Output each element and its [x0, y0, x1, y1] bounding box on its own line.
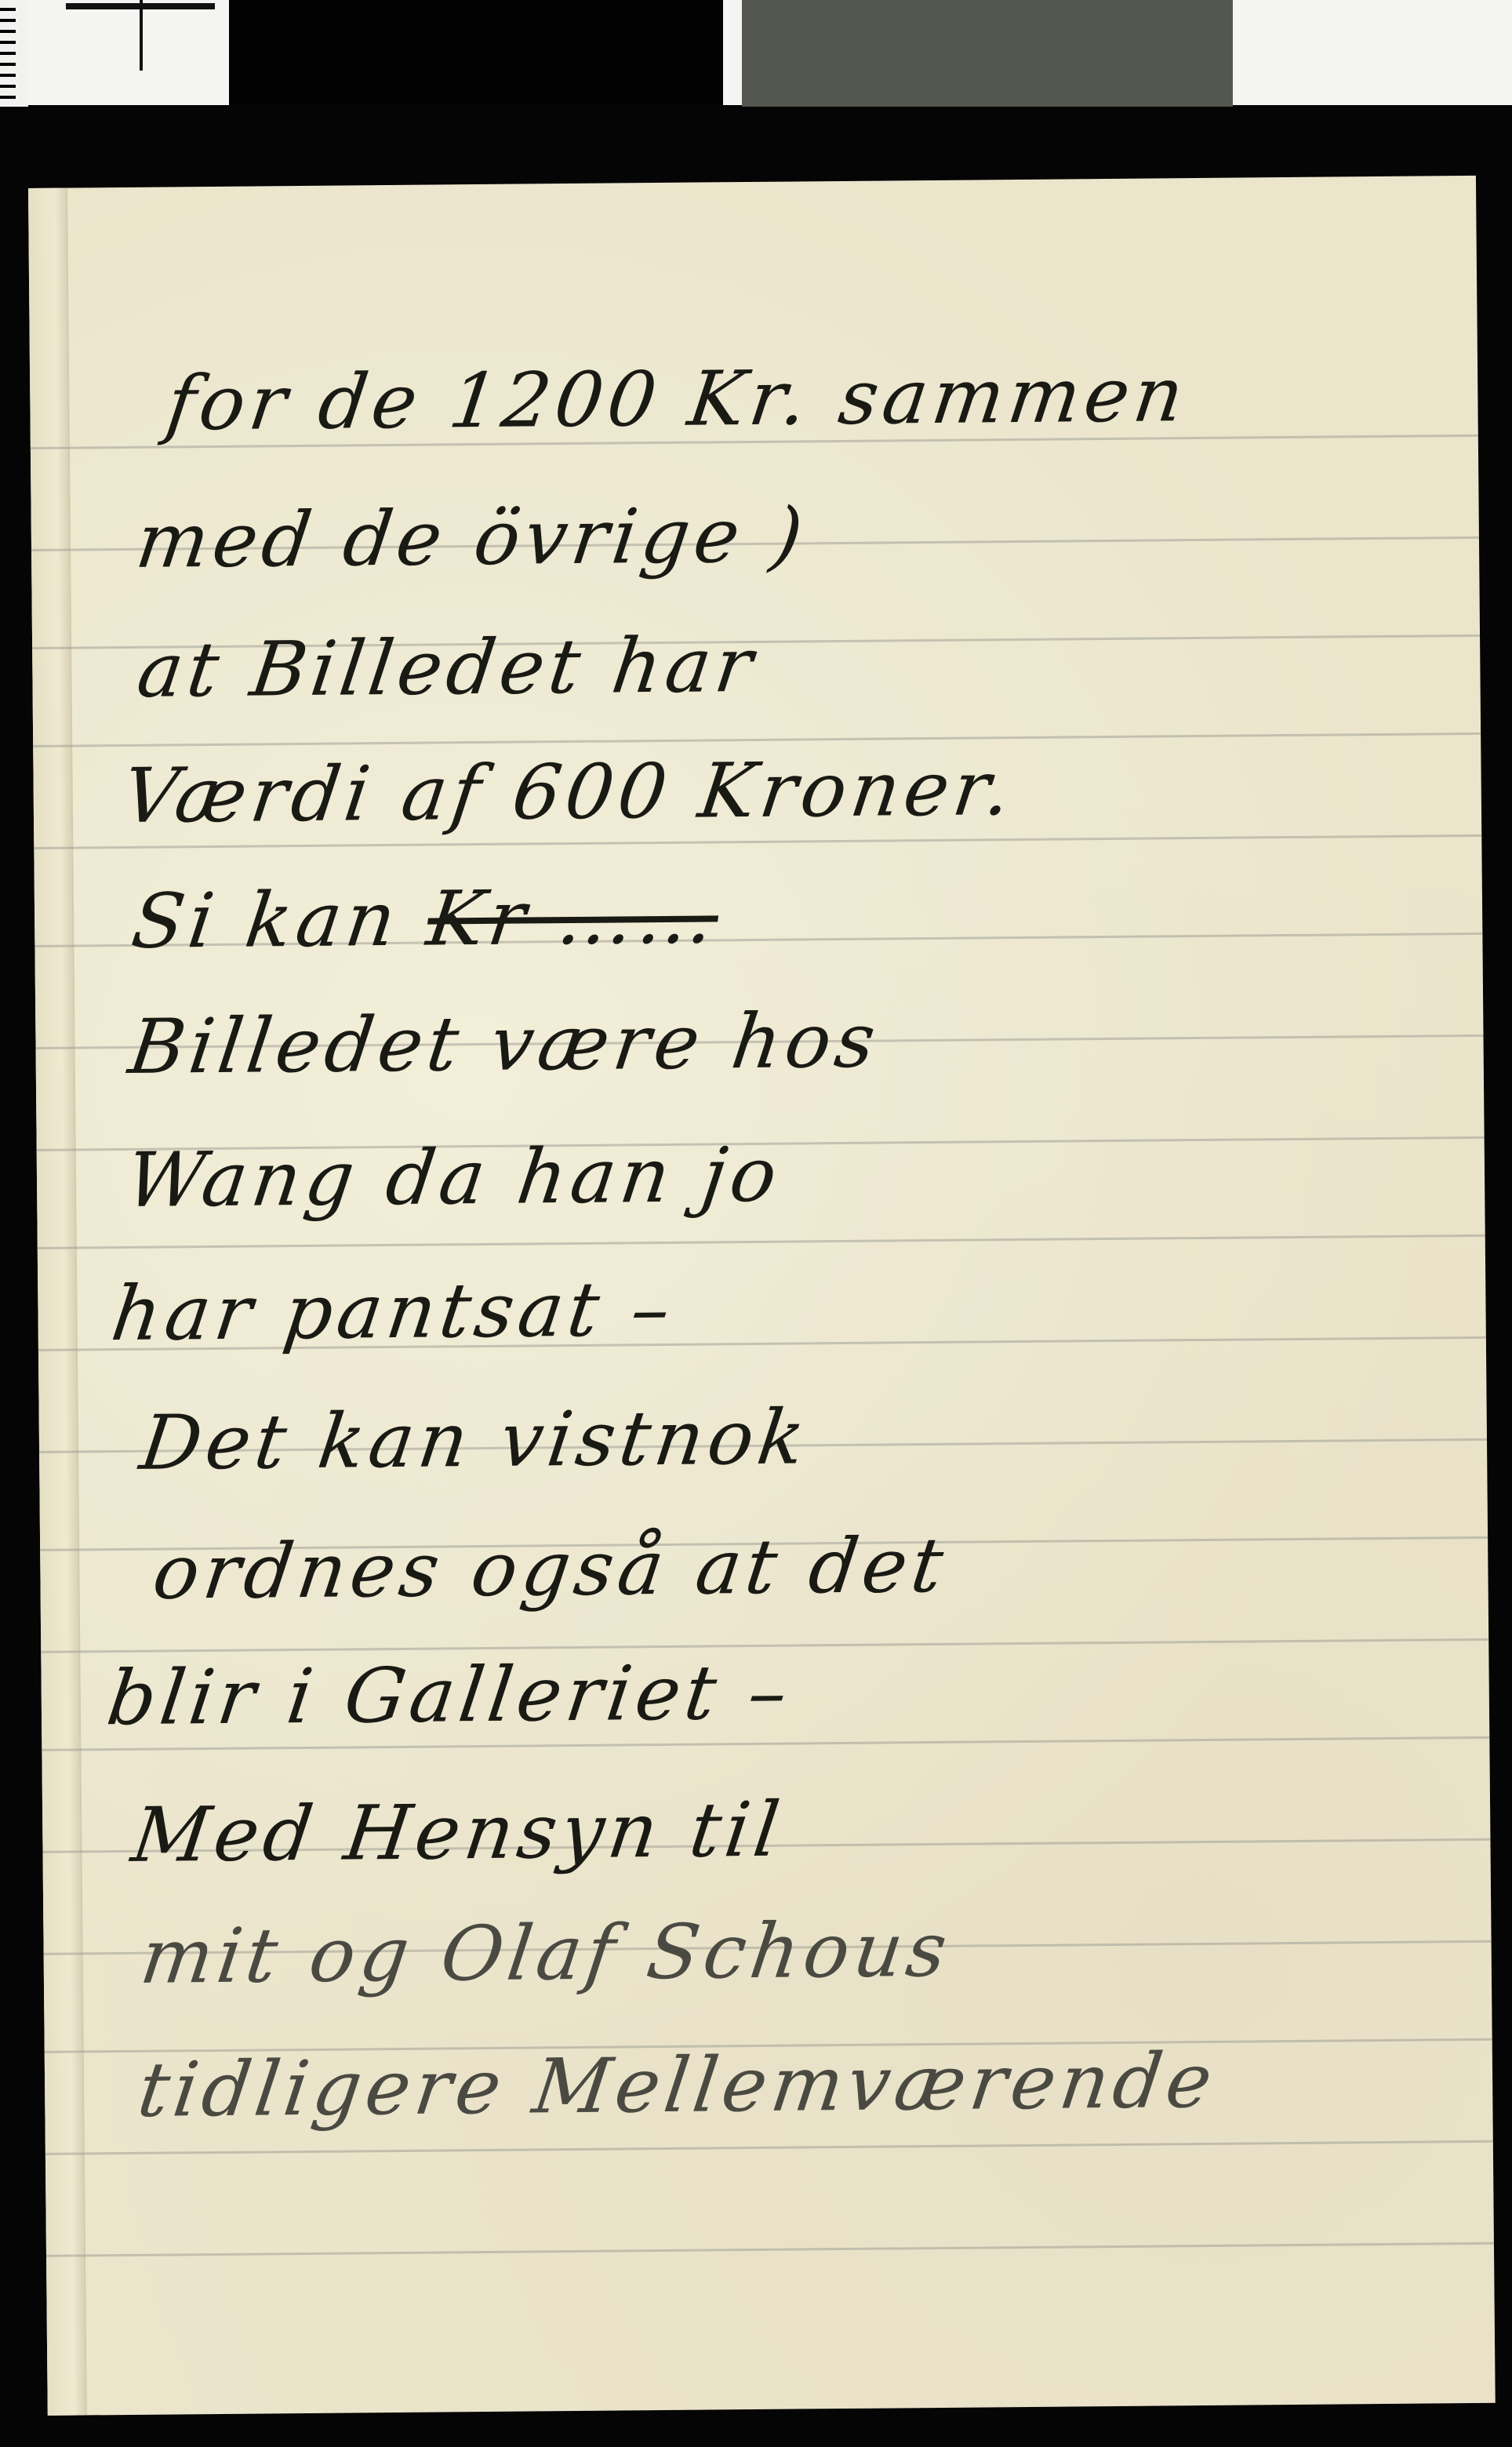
letter-line-5: Si kan Kr ……	[127, 872, 725, 965]
white-patch	[28, 0, 229, 105]
ruled-line	[38, 1234, 1485, 1249]
color-calibration-strip	[0, 0, 1512, 107]
white-divider	[723, 0, 742, 105]
letter-line-8: har pantsat –	[107, 1265, 680, 1358]
letter-line-6: Billedet være hos	[124, 997, 885, 1091]
letter-line-9: Det kan vistnok	[136, 1393, 815, 1487]
letter-line-13: mit og Olaf Schous	[136, 1906, 956, 2001]
letter-line-2: med de övrige )	[132, 491, 812, 585]
ruler-ticks	[0, 0, 16, 107]
ruled-line	[45, 2140, 1493, 2155]
letter-line-11: blir i Galleriet –	[102, 1649, 797, 1743]
letter-line-5-text: Si kan	[127, 875, 405, 965]
letter-line-1: for de 1200 Kr. sammen	[162, 351, 1193, 447]
letter-line-7: Wang da han jo	[122, 1131, 787, 1224]
letter-line-4: Værdi af 600 Kroner.	[118, 744, 1020, 840]
crosshair-vertical	[140, 0, 143, 71]
letter-line-12: Med Hensyn til	[127, 1786, 789, 1879]
white-patch-right	[1233, 0, 1512, 105]
struck-through-text: Kr ……	[423, 872, 725, 962]
ruled-line	[33, 733, 1481, 747]
letter-line-14: tidligere Mellemværende	[133, 2037, 1222, 2134]
black-patch	[229, 0, 723, 105]
ruled-line	[46, 2242, 1494, 2257]
gray-patch	[742, 0, 1233, 107]
letter-line-10: ordnes også at det	[148, 1522, 953, 1616]
letter-line-3: at Billedet har	[133, 621, 762, 714]
page-fold	[28, 188, 87, 2416]
letter-page: for de 1200 Kr. sammen med de övrige ) a…	[28, 176, 1496, 2416]
